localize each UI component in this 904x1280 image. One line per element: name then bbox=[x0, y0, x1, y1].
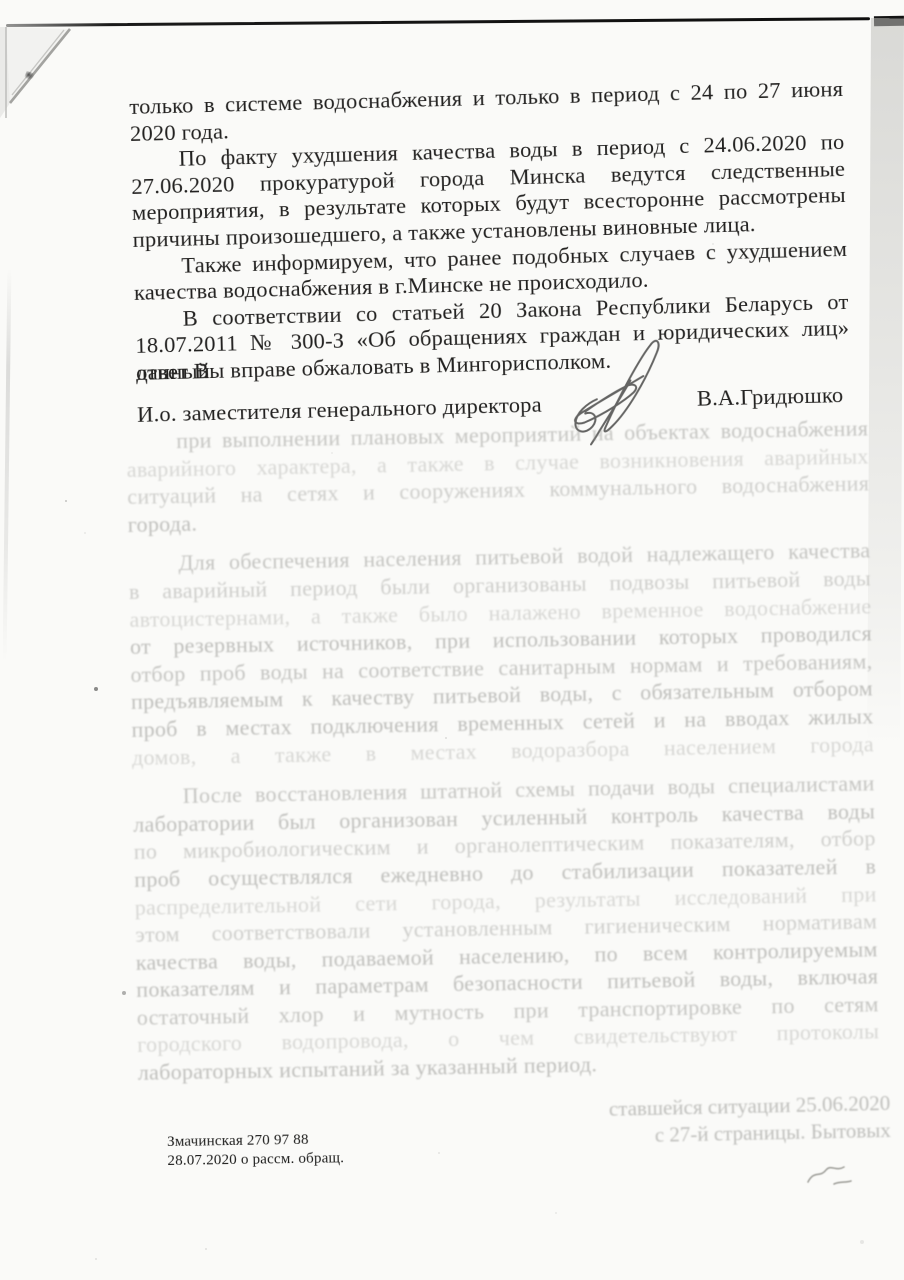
footnote: Змачинская 270 97 88 28.07.2020 о рассм.… bbox=[167, 1130, 344, 1170]
signoff-name: В.А.Гридюшко bbox=[697, 382, 844, 412]
footnote-date-subject: 28.07.2020 о рассм. обращ. bbox=[167, 1149, 344, 1170]
pen-squiggle bbox=[804, 1160, 856, 1190]
bleedthrough-footer: ставшейся ситуации 25.06.2020с 27-й стра… bbox=[598, 1090, 891, 1150]
folded-corner bbox=[0, 0, 120, 130]
page-top-edge-line bbox=[6, 17, 870, 27]
bleedthrough-text: при выполнении плановых мероприятий на о… bbox=[126, 414, 880, 1086]
scan-noise-specks bbox=[0, 0, 2, 2]
scanned-letter-page: только в системе водоснабжения и только … bbox=[0, 0, 904, 1280]
letter-body: только в системе водоснабжения и только … bbox=[129, 76, 850, 387]
letter-paragraphs: только в системе водоснабжения и только … bbox=[129, 76, 850, 387]
left-crease-shadow bbox=[3, 268, 12, 663]
right-edge-shadow bbox=[867, 18, 904, 748]
